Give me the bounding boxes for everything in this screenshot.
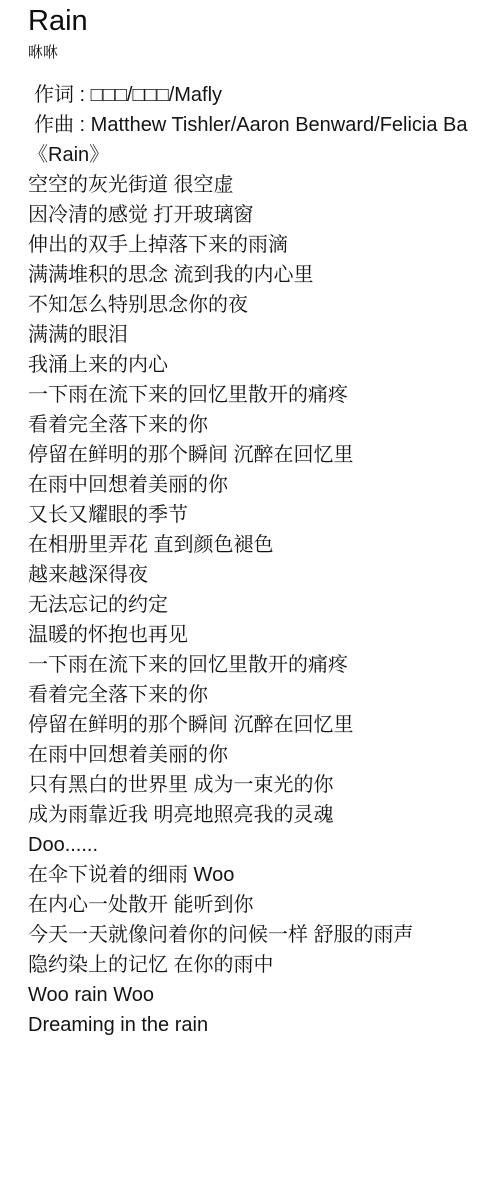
lyric-line: 满满堆积的思念 流到我的内心里 [28, 260, 500, 290]
lyric-line: 成为雨靠近我 明亮地照亮我的灵魂 [28, 800, 500, 830]
lyric-line: 满满的眼泪 [28, 320, 500, 350]
lyric-line: 在内心一处散开 能听到你 [28, 890, 500, 920]
lyric-line: 一下雨在流下来的回忆里散开的痛疼 [28, 650, 500, 680]
lyric-line: 在雨中回想着美丽的你 [28, 740, 500, 770]
lyric-line: 无法忘记的约定 [28, 590, 500, 620]
song-mark: 《Rain》 [28, 140, 500, 170]
lyric-line: 空空的灰光街道 很空虚 [28, 170, 500, 200]
lyric-line: 隐约染上的记忆 在你的雨中 [28, 950, 500, 980]
artist-name: 咻咻 [28, 42, 500, 64]
lyric-line: 在伞下说着的细雨 Woo [28, 860, 500, 890]
lyric-line: 只有黑白的世界里 成为一束光的你 [28, 770, 500, 800]
lyrics-lines: 空空的灰光街道 很空虚因冷清的感觉 打开玻璃窗伸出的双手上掉落下来的雨滴满满堆积… [28, 170, 500, 1040]
lyric-line: 我涌上来的内心 [28, 350, 500, 380]
composer-credit: 作曲 : Matthew Tishler/Aaron Benward/Felic… [28, 110, 500, 140]
lyric-line: Dreaming in the rain [28, 1010, 500, 1040]
lyric-line: 不知怎么特别思念你的夜 [28, 290, 500, 320]
lyric-line: 在相册里弄花 直到颜色褪色 [28, 530, 500, 560]
lyric-line: 在雨中回想着美丽的你 [28, 470, 500, 500]
lyric-line: Doo...... [28, 830, 500, 860]
lyric-line: 今天一天就像问着你的问候一样 舒服的雨声 [28, 920, 500, 950]
lyricist-credit: 作词 : □□□/□□□/Mafly [28, 80, 500, 110]
lyric-line: Woo rain Woo [28, 980, 500, 1010]
lyric-line: 越来越深得夜 [28, 560, 500, 590]
lyric-line: 伸出的双手上掉落下来的雨滴 [28, 230, 500, 260]
lyric-line: 停留在鲜明的那个瞬间 沉醉在回忆里 [28, 710, 500, 740]
lyric-line: 因冷清的感觉 打开玻璃窗 [28, 200, 500, 230]
lyric-line: 温暖的怀抱也再见 [28, 620, 500, 650]
lyric-line: 又长又耀眼的季节 [28, 500, 500, 530]
lyrics-body: 作词 : □□□/□□□/Mafly 作曲 : Matthew Tishler/… [28, 80, 500, 1040]
lyric-line: 看着完全落下来的你 [28, 680, 500, 710]
lyric-line: 一下雨在流下来的回忆里散开的痛疼 [28, 380, 500, 410]
song-title: Rain [28, 2, 500, 40]
lyrics-page: Rain 咻咻 作词 : □□□/□□□/Mafly 作曲 : Matthew … [0, 0, 500, 1180]
lyric-line: 看着完全落下来的你 [28, 410, 500, 440]
lyric-line: 停留在鲜明的那个瞬间 沉醉在回忆里 [28, 440, 500, 470]
